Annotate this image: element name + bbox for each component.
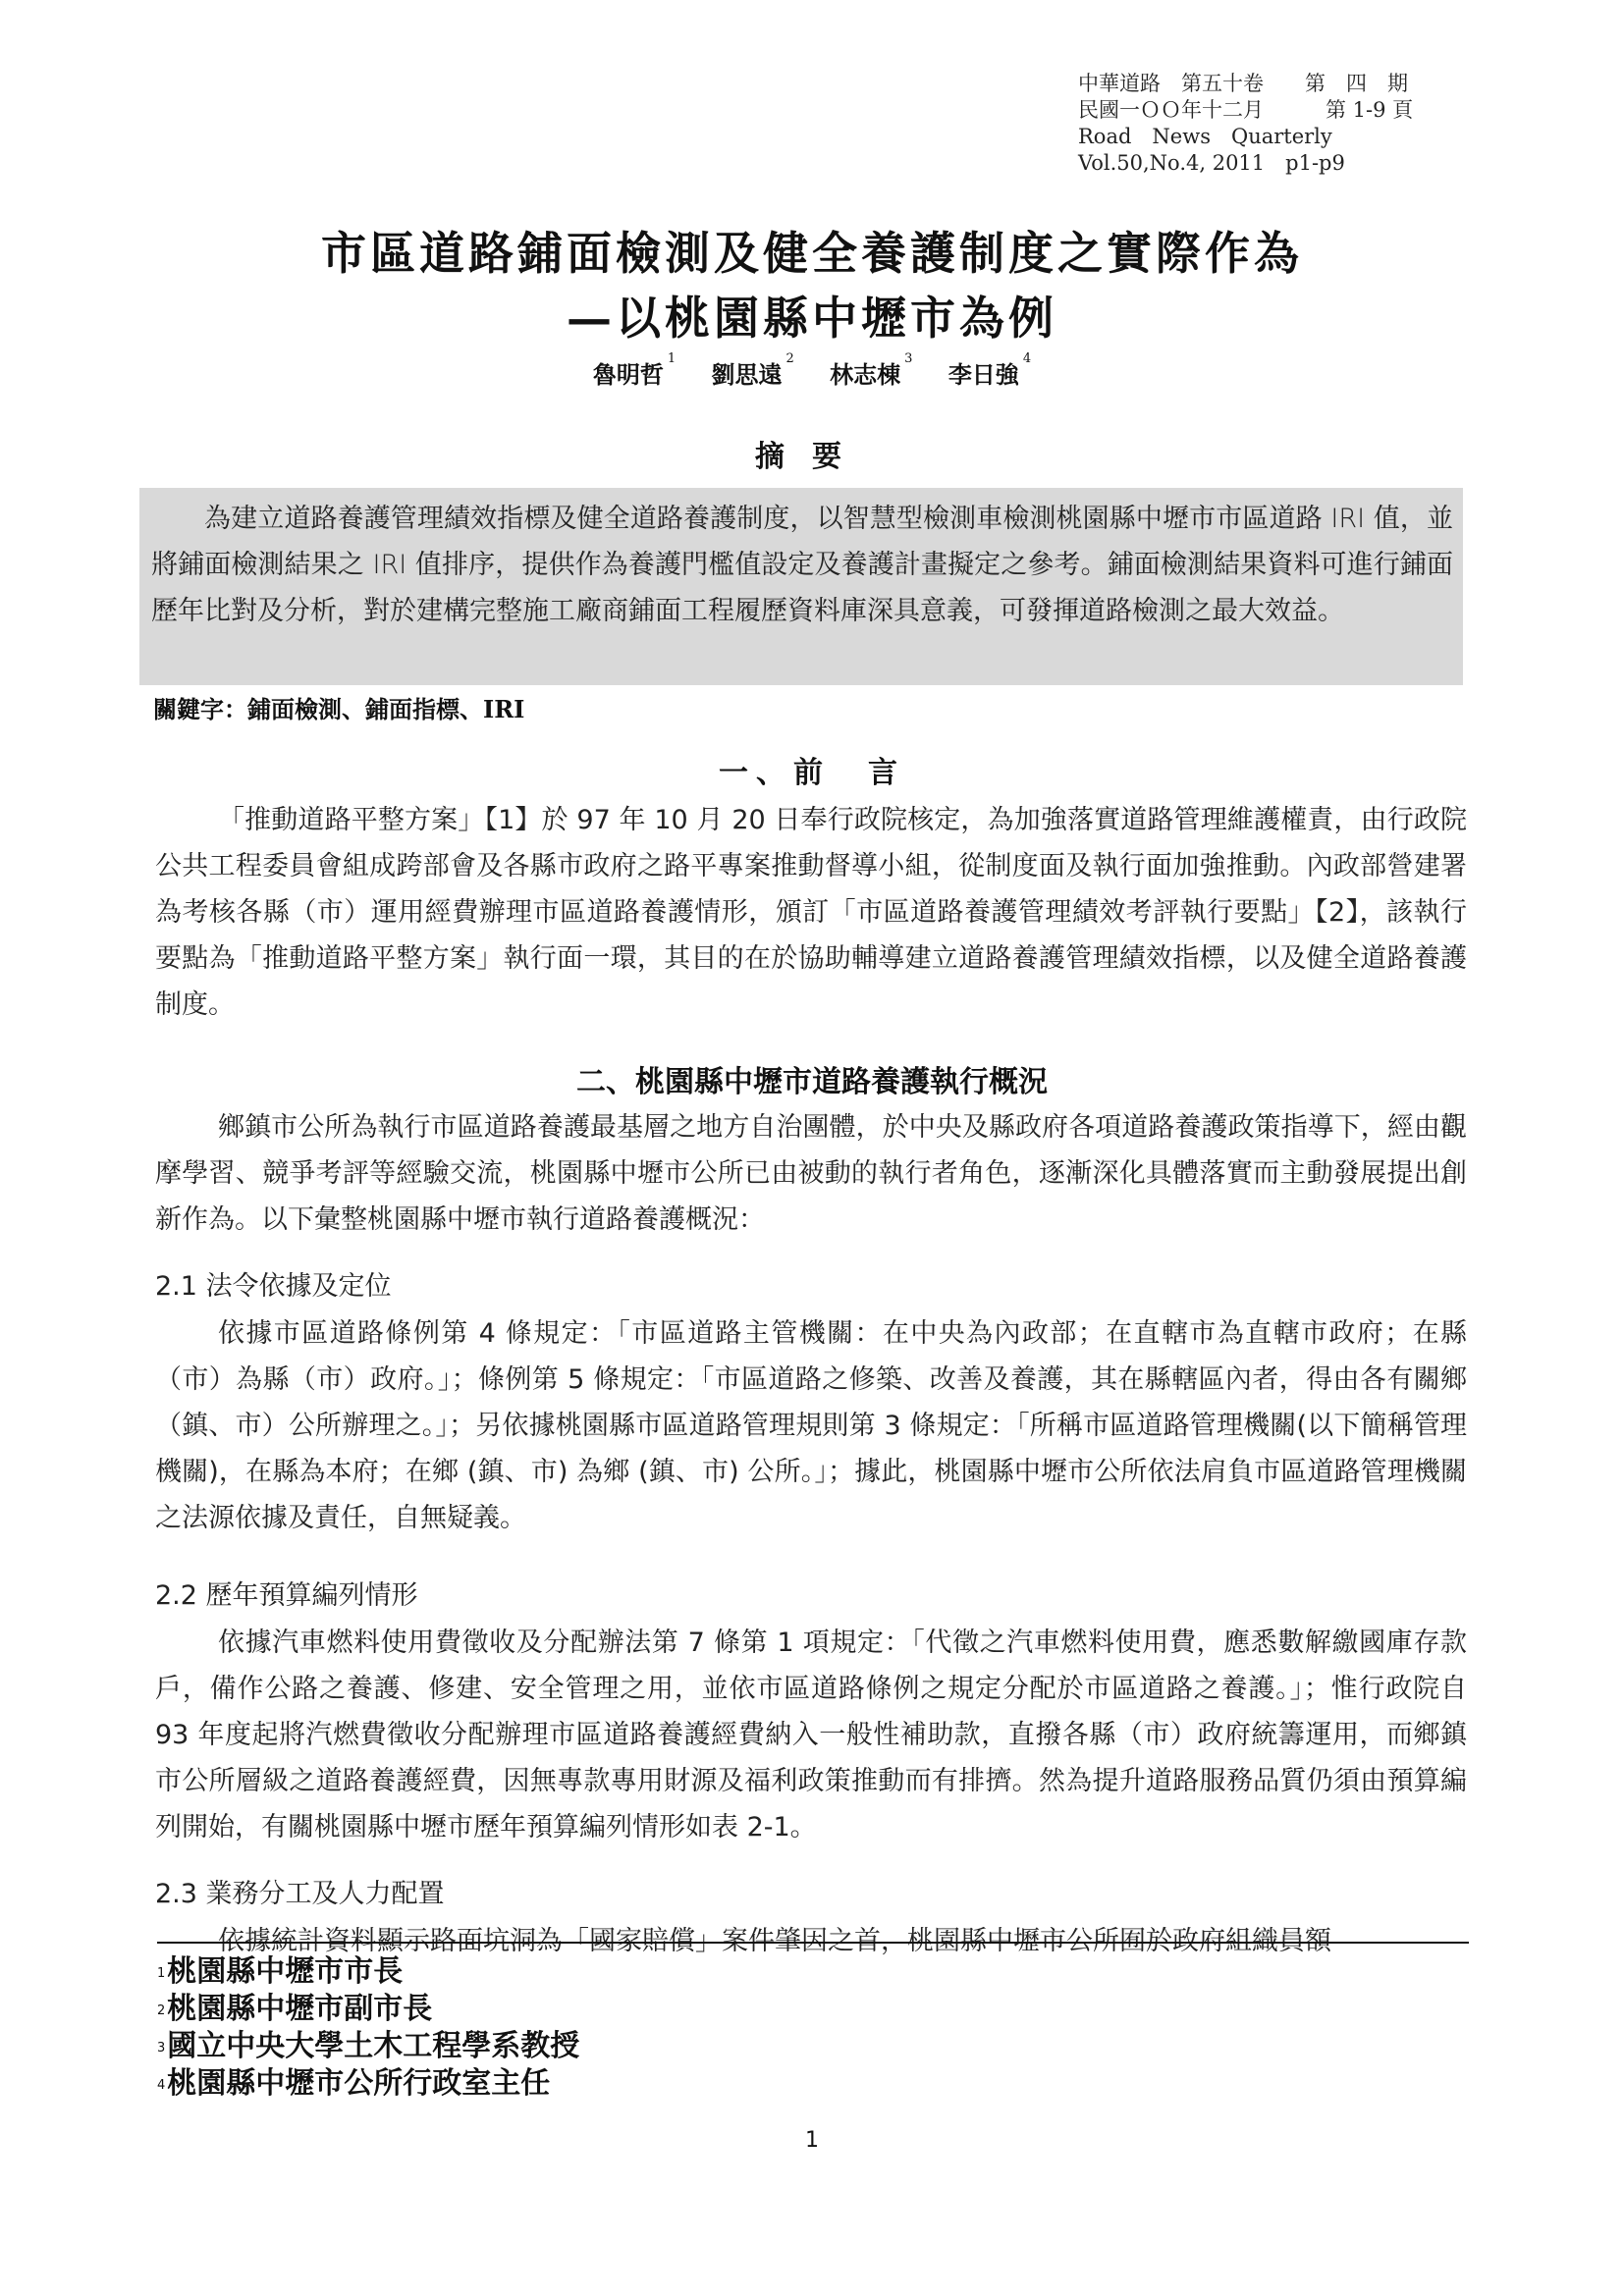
abstract-heading: 摘要 xyxy=(0,432,1624,475)
author: 林志棟3 xyxy=(830,360,912,389)
author: 劉思遠2 xyxy=(712,360,794,389)
journal-volume-line: Vol.50,No.4, 2011 p1-p9 xyxy=(1078,150,1413,177)
footnote: 4桃園縣中壢市公所行政室主任 xyxy=(157,2065,579,2103)
footnote: 2桃園縣中壢市副市長 xyxy=(157,1991,579,2028)
author-affiliation-mark: 3 xyxy=(904,351,912,366)
section-heading-introduction: 一、前 言 xyxy=(0,748,1624,791)
author-affiliation-mark: 4 xyxy=(1023,351,1031,366)
abstract-box: 為建立道路養護管理績效指標及健全道路養護制度，以智慧型檢測車檢測桃園縣中壢市市區… xyxy=(139,488,1463,685)
author-affiliation-mark: 1 xyxy=(668,351,676,366)
footnote-mark: 3 xyxy=(157,2041,165,2056)
paper-title-line-2: —以桃園縣中壢市為例 xyxy=(0,283,1624,347)
journal-date-line: 民國一ＯＯ年十二月 第 1-9 頁 xyxy=(1078,97,1413,124)
footnote-text: 國立中央大學土木工程學系教授 xyxy=(167,2029,579,2063)
author-name: 魯明哲 xyxy=(593,360,664,389)
footnotes: 1桃園縣中壢市市長 2桃園縣中壢市副市長 3國立中央大學土木工程學系教授 4桃園… xyxy=(157,1953,579,2103)
paragraph: 鄉鎮市公所為執行市區道路養護最基層之地方自治團體，於中央及縣政府各項道路養護政策… xyxy=(155,1104,1467,1243)
paragraph: 「推動道路平整方案」【1】於 97 年 10 月 20 日奉行政院核定，為加強落… xyxy=(155,797,1467,1028)
abstract-text: 為建立道路養護管理績效指標及健全道路養護制度，以智慧型檢測車檢測桃園縣中壢市市區… xyxy=(151,496,1453,634)
footnote-mark: 1 xyxy=(157,1966,165,1981)
author-name: 劉思遠 xyxy=(712,360,783,389)
section-heading-maintenance-overview: 二、桃園縣中壢市道路養護執行概況 xyxy=(0,1057,1624,1100)
author-affiliation-mark: 2 xyxy=(786,351,794,366)
subsection-heading-2-3: 2.3 業務分工及人力配置 xyxy=(155,1872,445,1910)
author: 李日強4 xyxy=(948,360,1031,389)
footnote: 1桃園縣中壢市市長 xyxy=(157,1953,579,1991)
paragraph: 依據汽車燃料使用費徵收及分配辦法第 7 條第 1 項規定：「代徵之汽車燃料使用費… xyxy=(155,1620,1467,1850)
paragraph: 依據市區道路條例第 4 條規定：「市區道路主管機關：在中央為內政部；在直轄市為直… xyxy=(155,1310,1467,1541)
journal-english-name: Road News Quarterly xyxy=(1078,124,1413,150)
footnote-mark: 2 xyxy=(157,2003,165,2018)
journal-issue-line: 中華道路 第五十卷 第 四 期 xyxy=(1078,71,1413,97)
author-name: 李日強 xyxy=(948,360,1019,389)
page-number: 1 xyxy=(0,2128,1624,2153)
author: 魯明哲1 xyxy=(593,360,676,389)
footnote-mark: 4 xyxy=(157,2078,165,2093)
keywords: 關鍵字：鋪面檢測、鋪面指標、IRI xyxy=(153,690,524,724)
footnote-divider xyxy=(157,1942,1469,1944)
document-page: 中華道路 第五十卷 第 四 期 民國一ＯＯ年十二月 第 1-9 頁 Road N… xyxy=(0,0,1624,2296)
subsection-heading-2-2: 2.2 歷年預算編列情形 xyxy=(155,1574,418,1612)
paper-title-line-1: 市區道路鋪面檢測及健全養護制度之實際作為 xyxy=(0,218,1624,283)
author-list: 魯明哲1 劉思遠2 林志棟3 李日強4 xyxy=(0,355,1624,390)
author-name: 林志棟 xyxy=(830,360,900,389)
footnote-text: 桃園縣中壢市副市長 xyxy=(167,1992,432,2026)
footnote-text: 桃園縣中壢市公所行政室主任 xyxy=(167,2066,550,2101)
footnote-text: 桃園縣中壢市市長 xyxy=(167,1954,403,1989)
footnote: 3國立中央大學土木工程學系教授 xyxy=(157,2028,579,2065)
journal-header: 中華道路 第五十卷 第 四 期 民國一ＯＯ年十二月 第 1-9 頁 Road N… xyxy=(1078,71,1413,177)
subsection-heading-2-1: 2.1 法令依據及定位 xyxy=(155,1264,392,1303)
